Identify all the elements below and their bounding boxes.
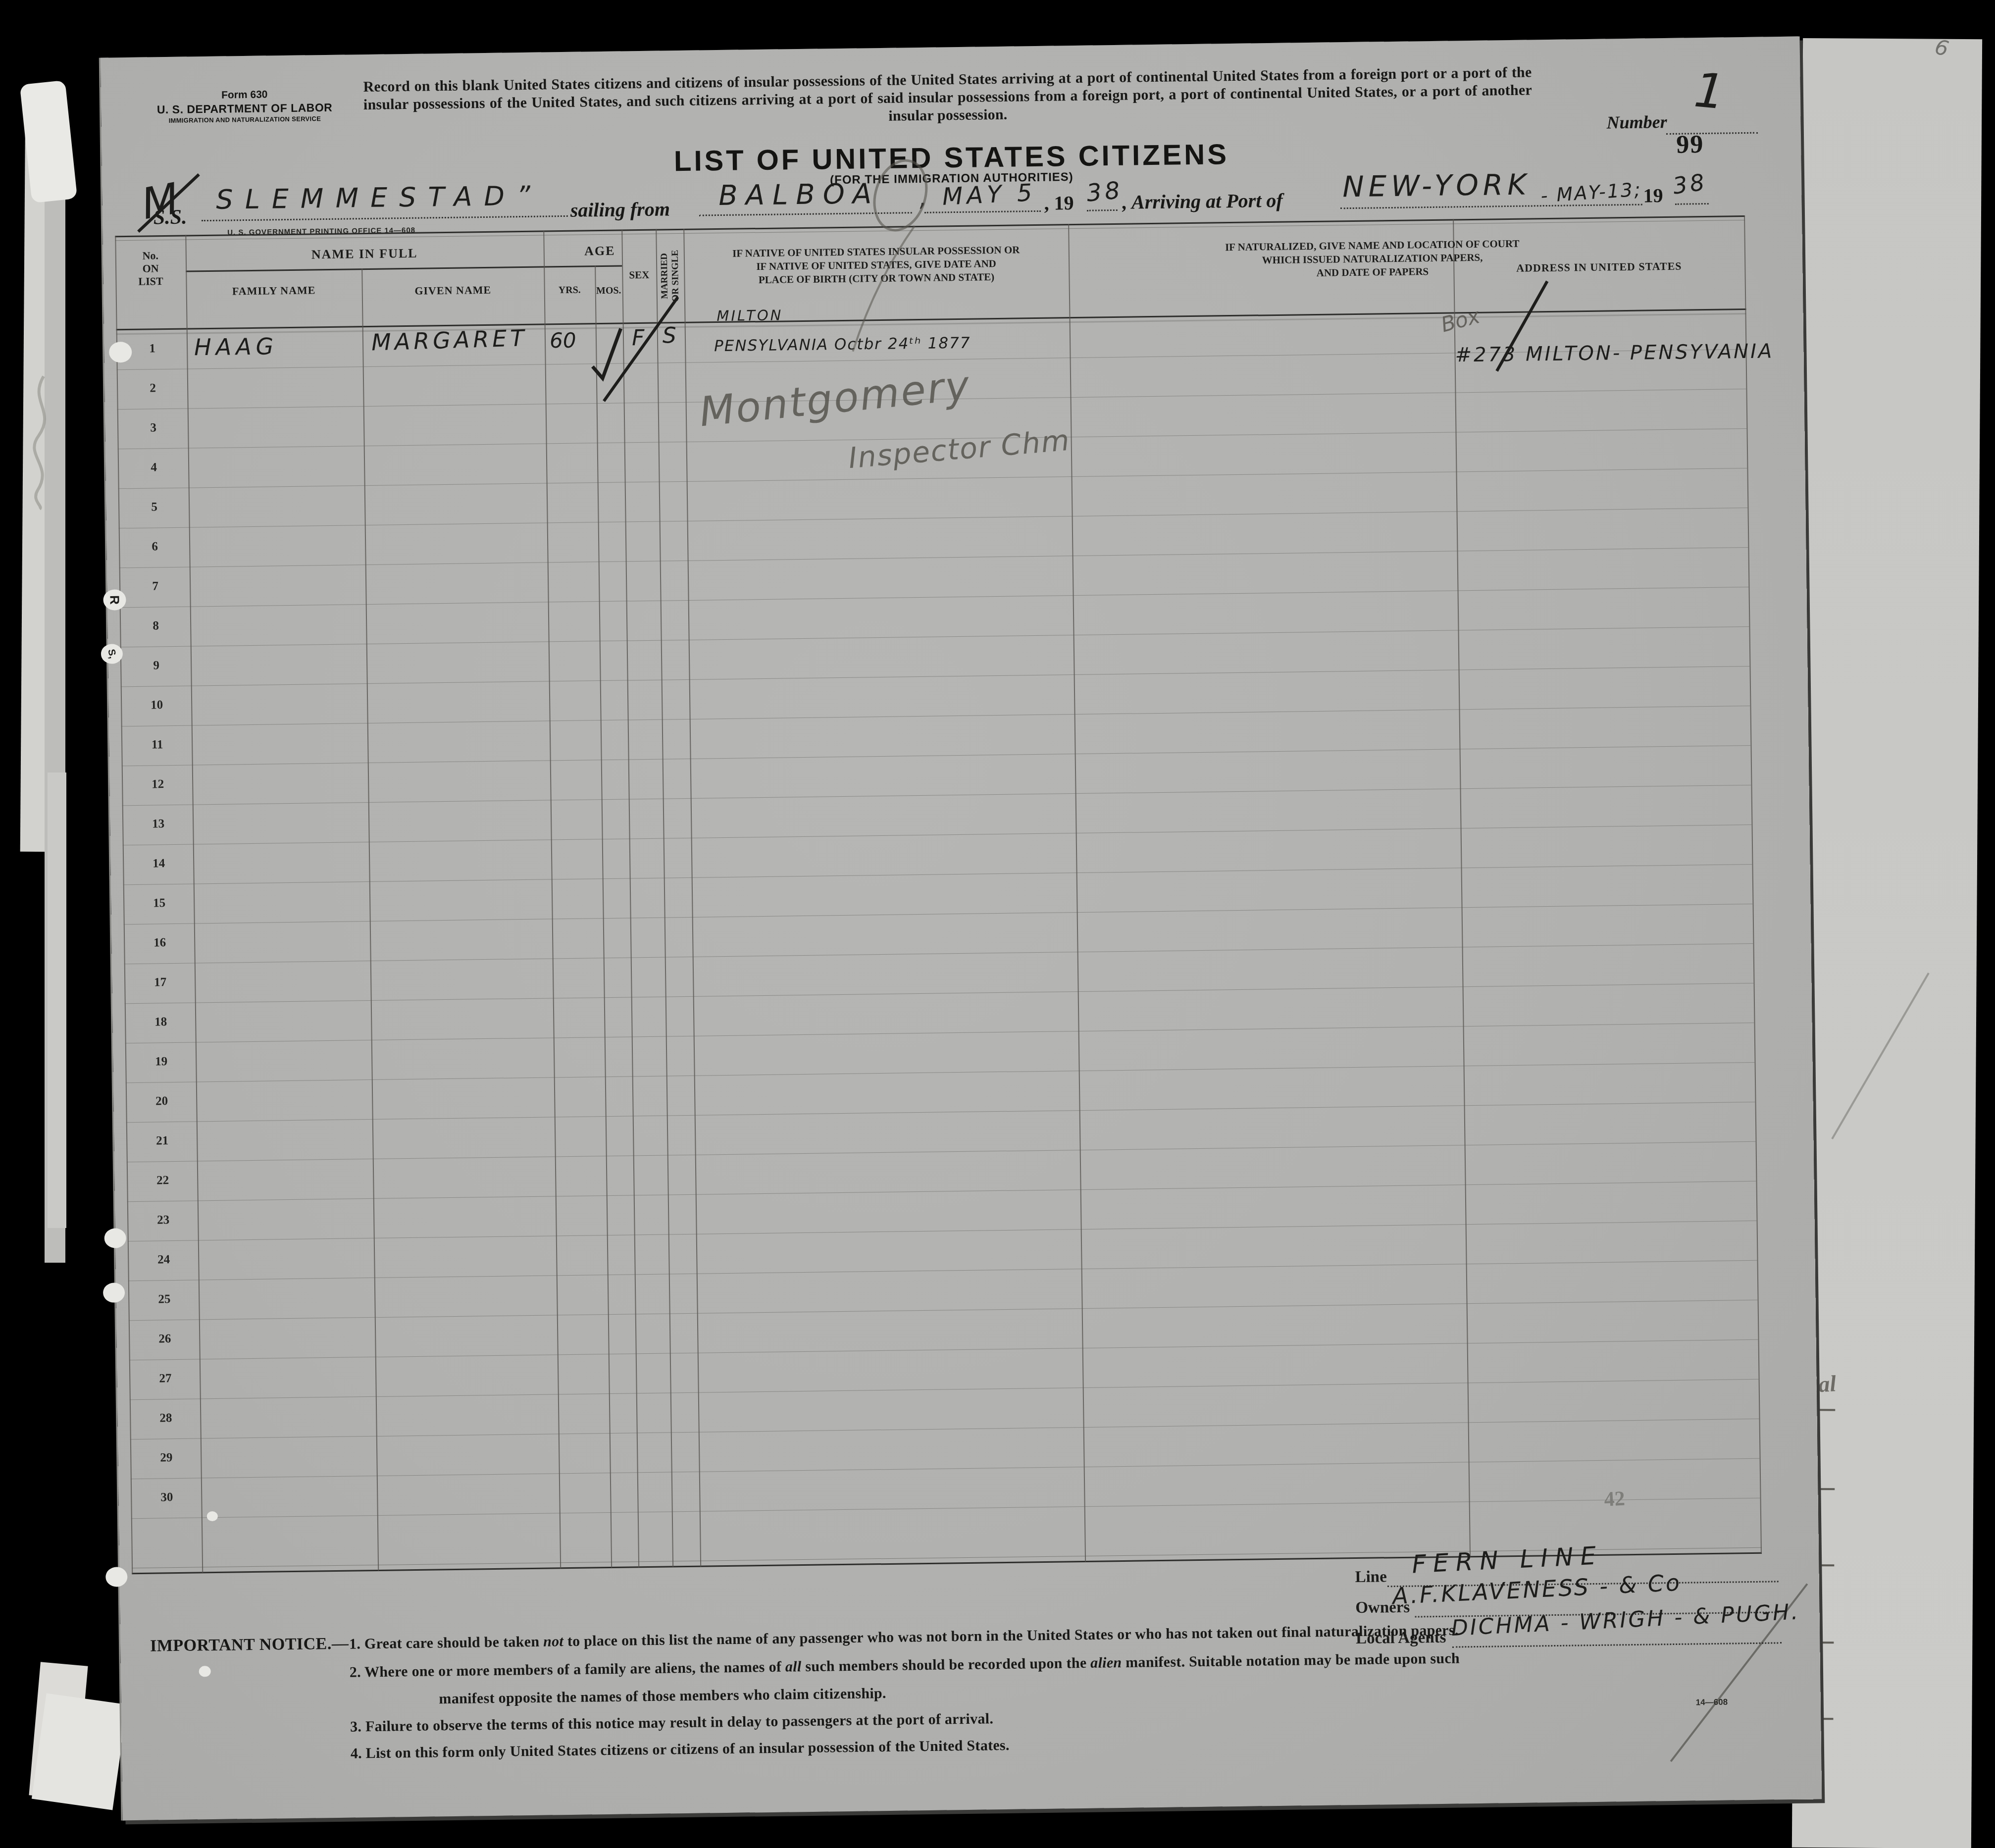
row-separator	[122, 745, 1751, 766]
col-line	[621, 229, 639, 1567]
important-notice-label: IMPORTANT NOTICE.—	[150, 1635, 349, 1656]
row-separator	[125, 1023, 1754, 1043]
col-line	[656, 229, 673, 1567]
row-separator	[131, 1498, 1760, 1519]
number-label: Number	[1606, 111, 1667, 133]
row-separator	[119, 547, 1748, 568]
inspector-signature: Montgomery	[697, 362, 973, 436]
row-number: 18	[137, 1003, 185, 1043]
row-number: 21	[139, 1122, 186, 1162]
line-label: Line	[1355, 1568, 1387, 1587]
blank-line	[1087, 209, 1118, 211]
row-separator	[127, 1181, 1756, 1202]
row-separator	[121, 666, 1750, 687]
row-number: 11	[134, 725, 181, 766]
punch-hole: S,	[101, 644, 123, 664]
row-separator	[118, 468, 1747, 489]
sailing-date: , MAY 5	[919, 179, 1036, 212]
row-separator	[124, 904, 1753, 924]
row-separator	[127, 1141, 1756, 1162]
punch-hole	[103, 1283, 125, 1303]
cell-family-name: HAAG	[194, 333, 278, 360]
row-number: 22	[139, 1161, 187, 1201]
row-number: 9	[133, 646, 180, 686]
row-separator	[126, 1102, 1755, 1123]
sailing-year: 38	[1085, 176, 1124, 207]
row-number: 6	[131, 527, 179, 567]
local-agents-value: DICHMA - WRIGH - & PUGH.	[1451, 1599, 1801, 1641]
row-number: 17	[137, 963, 184, 1003]
departure-port: BALBOA	[718, 178, 880, 212]
sailing-from-label: sailing from	[570, 197, 670, 222]
cell-birthplace-line2: PENSYLVANIA Octbr 24ᵗʰ 1877	[714, 334, 971, 356]
row-number: 16	[136, 924, 184, 964]
row-separator	[129, 1300, 1758, 1321]
row-number: 12	[134, 765, 182, 805]
row-separator	[121, 706, 1750, 726]
notice-item-2: 2. Where one or more members of a family…	[350, 1650, 1460, 1681]
row-separator	[120, 587, 1749, 608]
col-header-mos: MOS.	[595, 285, 622, 297]
row-separator	[120, 626, 1749, 647]
col-header-family-name: FAMILY NAME	[186, 283, 362, 298]
row-number: 29	[143, 1438, 190, 1479]
row-number: 14	[135, 844, 183, 884]
cell-address: #273 MILTON- PENSYVANIA	[1455, 340, 1774, 366]
notice-item-3: 3. Failure to observe the terms of this …	[350, 1710, 993, 1735]
row-number: 27	[142, 1359, 189, 1399]
arrival-port: NEW-YORK	[1342, 167, 1531, 204]
row-separator	[130, 1379, 1759, 1400]
header-bottom-shadow	[116, 313, 1746, 335]
row-number: 2	[129, 369, 177, 409]
line-value: FERN LINE	[1411, 1541, 1603, 1579]
punch-hole: R	[103, 589, 126, 611]
row-number: 8	[132, 607, 180, 647]
scanned-document-page: { "page": { "stamp_number": "99", "numbe…	[0, 0, 1995, 1848]
header-tier-divider	[186, 265, 622, 272]
row-separator	[119, 508, 1748, 528]
row-number: 10	[133, 686, 181, 726]
arriving-at-port-label: , Arriving at Port of	[1122, 189, 1283, 214]
inspector-title: Inspector Chm	[847, 423, 1072, 475]
ship-name: SLEMMESTAD”	[216, 180, 542, 215]
row-separator	[129, 1339, 1758, 1360]
row-number: 1	[129, 329, 176, 369]
cell-sex: F	[632, 325, 645, 351]
blank-line	[202, 215, 568, 221]
row-separator	[125, 983, 1754, 1004]
form-code: 14—608	[1696, 1697, 1728, 1708]
row-number: 28	[142, 1399, 190, 1439]
row-separator	[128, 1260, 1757, 1281]
row-number: 19	[138, 1042, 185, 1082]
blank-line	[1675, 203, 1709, 205]
row-number: 4	[130, 448, 178, 488]
punch-hole	[105, 1567, 127, 1587]
col-line	[1453, 219, 1471, 1557]
document-page: Form 630 U. S. DEPARTMENT OF LABOR IMMIG…	[101, 37, 1822, 1821]
manifest-number-handwritten: 1	[1692, 62, 1727, 120]
col-line	[361, 268, 379, 1571]
row-separator	[122, 785, 1751, 806]
row-number: 26	[141, 1320, 189, 1360]
row-separator	[126, 1062, 1755, 1083]
col-line	[543, 230, 561, 1568]
form-id-block: Form 630 U. S. DEPARTMENT OF LABOR IMMIG…	[128, 87, 361, 125]
arrival-date: - MAY-13;	[1540, 178, 1642, 206]
cell-address-note: Box	[1438, 304, 1483, 337]
punch-hole	[104, 1228, 126, 1248]
cell-birthplace-line1: MILTON	[716, 307, 783, 324]
col-line	[595, 265, 612, 1568]
cell-age-yrs: 60	[550, 328, 576, 353]
row-separator	[123, 824, 1752, 845]
row-separator	[128, 1221, 1757, 1241]
row-number: 20	[138, 1082, 186, 1122]
form-department: U. S. DEPARTMENT OF LABOR	[128, 100, 361, 117]
stacked-page-corner	[32, 1694, 127, 1810]
col-line	[683, 229, 701, 1567]
row-separator	[130, 1419, 1759, 1439]
col-header-no-on-list: No. ON LIST	[115, 249, 186, 289]
row-number: 7	[132, 567, 179, 607]
col-header-birth: IF NATIVE OF UNITED STATES INSULAR POSSE…	[689, 243, 1064, 288]
row-number: 25	[141, 1280, 188, 1320]
notice-item-4: 4. List on this form only United States …	[351, 1737, 1010, 1762]
cell-married-or-single: S	[663, 323, 677, 348]
row-number: 30	[143, 1478, 191, 1518]
col-header-yrs: YRS.	[544, 284, 595, 296]
blank-line	[699, 212, 912, 216]
row-separator	[123, 864, 1752, 885]
blank-line	[1340, 204, 1642, 209]
col-header-given-name: GIVEN NAME	[362, 283, 544, 298]
underlying-sheet-right: otal 2 8	[1792, 38, 1982, 1848]
row-number: 3	[130, 409, 177, 449]
arrival-year-prefix-printed: 19	[1643, 184, 1663, 207]
year-prefix-printed: , 19	[1044, 191, 1074, 215]
row-number: 13	[135, 805, 182, 845]
total-stamp: 42	[1603, 1487, 1625, 1512]
arrival-year: 38	[1671, 168, 1708, 200]
row-number: 15	[136, 884, 183, 924]
row-number: 23	[140, 1201, 187, 1241]
form-instructions: Record on this blank United States citiz…	[363, 63, 1532, 132]
paper-speck	[207, 1511, 218, 1521]
col-header-name-in-full: NAME IN FULL	[186, 244, 544, 263]
col-line	[1068, 224, 1086, 1562]
row-number: 24	[140, 1240, 188, 1281]
notice-item-1: 1. Great care should be taken not to pla…	[349, 1622, 1459, 1652]
row-number: 5	[131, 488, 178, 528]
row-separator	[124, 943, 1753, 964]
table-right-border	[1744, 215, 1762, 1553]
blank-line	[1452, 1642, 1782, 1647]
row-separator	[131, 1458, 1760, 1479]
paper-speck	[199, 1666, 211, 1677]
header-bottom-border	[116, 308, 1746, 330]
notice-item-2-continued: manifest opposite the names of those mem…	[439, 1685, 886, 1707]
cell-given-name: MARGARET	[371, 324, 528, 356]
stacked-page-edge	[48, 772, 66, 1228]
